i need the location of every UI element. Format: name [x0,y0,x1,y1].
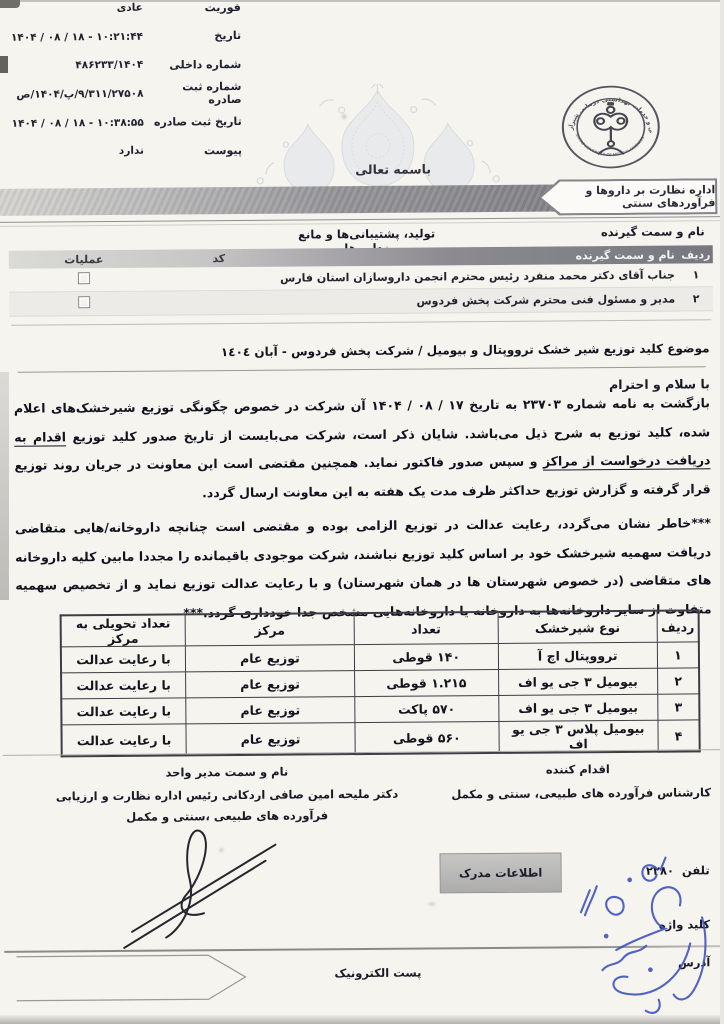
department-banner-label: اداره نظارت بر داروها و فرآوردهای سنتی [541,180,715,213]
delivered: با رعایت عدالت [61,724,186,756]
scan-edge-corner [0,0,20,8]
attachment-label: پیوست [150,144,242,158]
milk-type: بیومیل ۳ جی یو اف [498,668,658,695]
row-number: ۱ [657,642,699,668]
meta-row-attachment: پیوست ندارد [2,136,242,166]
col-operations: عملیات [9,252,159,266]
date-label: تاریخ [149,29,241,43]
email-banner-outline [16,953,248,1003]
row-action-icon [78,272,90,284]
col-center: مرکز [185,613,354,646]
outgoing-date-label: تاریخ ثبت صادره [150,115,242,129]
row-number: ۲ [658,668,700,694]
scan-edge-top [0,0,724,2]
outgoing-number-value: ص/۱۴۰۴/پ/۹/۳۱۱/۲۷۵۰۸ [16,88,143,101]
quantity: ۵۷۰ پاکت [355,695,499,722]
recipient-name: جناب آقای دکتر محمد منفرد رئیس محترم انج… [279,269,679,285]
delivered: با رعایت عدالت [61,646,186,673]
university-seal-icon: دانشگاه علوم پزشکی و خدمات بهداشتی درمان… [559,84,662,171]
scan-smudge [428,902,436,905]
meta-row-outgoing-number: شماره ثبت صادره ص/۱۴۰۴/پ/۹/۳۱۱/۲۷۵۰۸ [1,79,241,109]
row-number: ۳ [658,694,700,720]
actor-block: اقدام کننده کارشناس فرآورده های طبیعی، س… [445,761,711,801]
email-label: پست الکترونیک [334,966,421,981]
center: توزیع عام [185,671,354,698]
subject-line: موضوع کلید توزیع شیر خشک ترووپتال و بیوم… [13,341,709,360]
priority-value: عادی [117,2,143,14]
handwritten-note [559,849,724,1020]
body-paragraph-1: بازگشت به نامه شماره ۲۳۷۰۳ به تاریخ ۱۷ /… [14,389,711,508]
col-row-number: ردیف [679,248,713,261]
scan-edge-left [0,372,9,600]
actor-name: کارشناس فرآورده های طبیعی، سنتی و مکمل [445,785,711,801]
row-number: ۴ [658,720,700,752]
quantity: ۱.۲۱۵ قوطی [355,669,499,696]
document-info-button: اطلاعات مدرک [439,852,561,893]
recipient-table: ردیف نام و سمت گیرنده کد عملیات ۱ جناب آ… [9,245,713,317]
scan-edge-right [720,0,724,1024]
milk-type: بیومیل پلاس ۳ جی یو اف [498,720,658,753]
delivered: با رعایت عدالت [61,698,186,725]
attachment-value: ندارد [119,145,144,157]
scanned-letter-page: فوریت عادی تاریخ ۱۴۰۴ / ۰۸ / ۱۸ - ۱۰:۲۱:… [0,0,724,1024]
quantity: ۵۶۰ قوطی [355,721,499,754]
recipient-name: مدیر و مسئول فنی محترم شرکت پخش فردوس [279,293,679,309]
col-code: کد [159,251,279,265]
distribution-table: ردیف نوع شیرخشک تعداد مرکز تعداد تحویلی … [60,609,701,757]
col-milk-type: نوع شیرخشک [498,611,658,644]
col-row: ردیف [657,610,699,642]
internal-number-label: شماره داخلی [149,58,241,72]
recipient-row: ۲ مدیر و مسئول فنی محترم شرکت پخش فردوس [9,287,713,317]
department-banner: اداره نظارت بر داروها و فرآوردهای سنتی [539,178,717,215]
recipient-row-number: ۲ [679,292,713,305]
delivered: با رعایت عدالت [61,672,186,699]
outgoing-date-value: ۱۴۰۴ / ۰۸ / ۱۸ - ۱۰:۳۸:۵۵ [12,116,144,129]
recipient-row-number: ۱ [679,268,713,281]
manager-label: نام و سمت مدیر واحد [53,764,401,781]
center: توزیع عام [185,645,354,672]
col-recipient-name: نام و سمت گیرنده [279,248,679,264]
recipient-table-bottom-line [11,319,711,325]
meta-row-date: تاریخ ۱۴۰۴ / ۰۸ / ۱۸ - ۱۰:۲۱:۴۴ [1,22,241,52]
actor-label: اقدام کننده [445,761,711,777]
date-value: ۱۴۰۴ / ۰۸ / ۱۸ - ۱۰:۲۱:۴۴ [11,31,143,44]
priority-label: فوریت [149,1,241,15]
subject-divider [18,366,706,372]
meta-row-outgoing-date: تاریخ ثبت صادره ۱۴۰۴ / ۰۸ / ۱۸ - ۱۰:۳۸:۵… [2,107,242,137]
manager-signature [115,818,306,954]
meta-row-internal-number: شماره داخلی ۴۸۶۲۳۳/۱۴۰۴ [1,50,241,80]
quantity: ۱۴۰ قوطی [354,643,498,670]
recipient-section-label: نام و سمت گیرنده [601,224,705,239]
center: توزیع عام [186,697,355,724]
recipient-code [159,302,279,303]
internal-number-value: ۴۸۶۲۳۳/۱۴۰۴ [75,59,143,72]
scan-edge-mark [0,56,8,73]
letter-sheet: فوریت عادی تاریخ ۱۴۰۴ / ۰۸ / ۱۸ - ۱۰:۲۱:… [0,0,724,1024]
paragraph-1-start: بازگشت به نامه شماره ۲۳۷۰۳ به تاریخ ۱۷ /… [14,395,710,444]
recipient-code [159,278,279,279]
outgoing-number-label: شماره ثبت صادره [149,80,241,107]
bismillah-text: باسمه تعالی [318,161,468,177]
col-quantity: تعداد [354,612,498,645]
center: توزیع عام [186,723,355,756]
meta-row-priority: فوریت عادی [1,0,241,23]
row-action-icon [78,296,90,308]
milk-type: بیومیل ۳ جی یو اف [498,694,658,721]
distribution-table-header: ردیف نوع شیرخشک تعداد مرکز تعداد تحویلی … [61,610,699,647]
scan-edge-bottom [0,1015,724,1024]
milk-type: ترووپتال اچ آ [498,642,658,669]
banner-bar [0,184,558,215]
col-delivered: تعداد تحویلی به مرکز [61,614,186,646]
letter-metadata-block: فوریت عادی تاریخ ۱۴۰۴ / ۰۸ / ۱۸ - ۱۰:۲۱:… [1,0,242,166]
scan-smudge [219,848,223,852]
